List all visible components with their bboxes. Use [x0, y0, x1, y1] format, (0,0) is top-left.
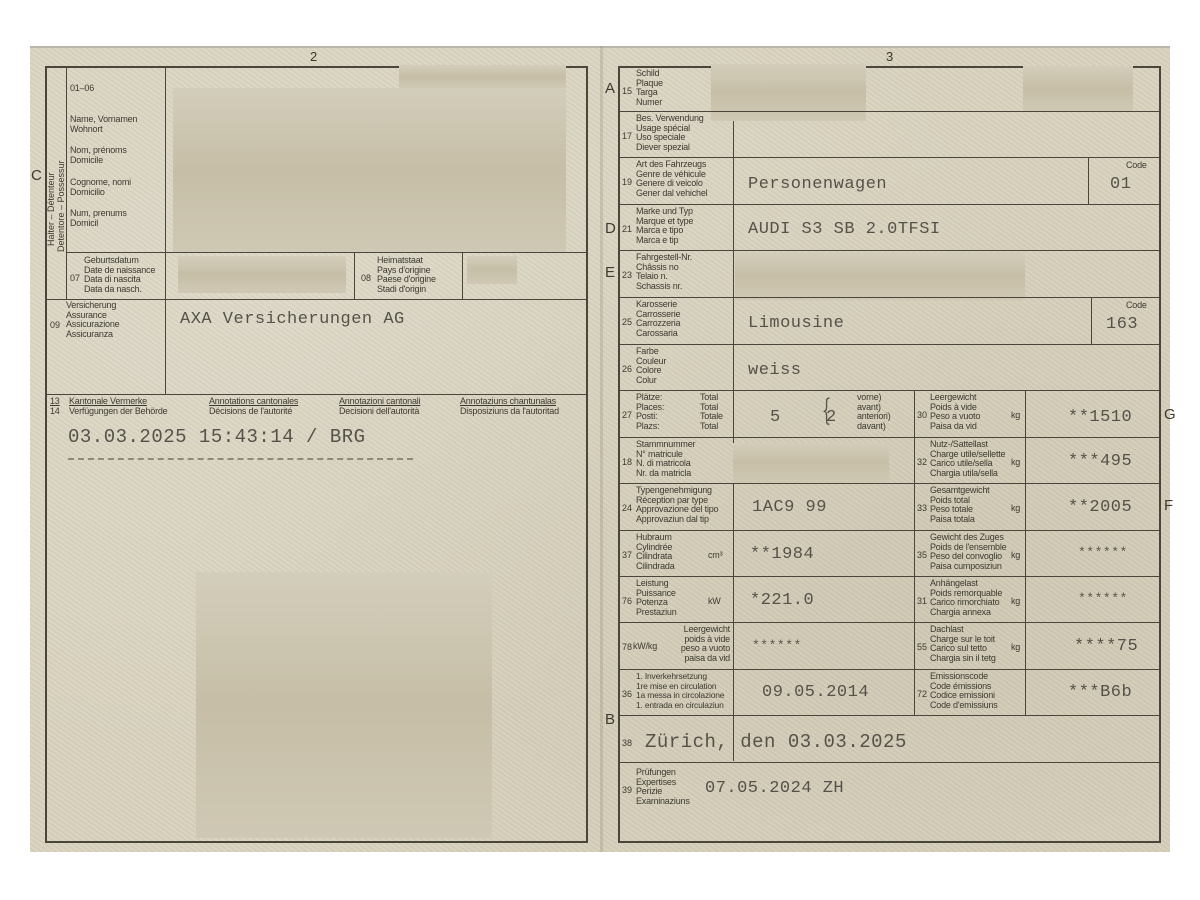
towing-labels: AnhängelastPoids remorquableCarico rimor… [930, 579, 1002, 617]
seats-front-labels: vorne)avant)anteriori)davant) [857, 393, 891, 431]
train-weight-unit: kg [1011, 551, 1020, 561]
plate-redaction-2 [1023, 66, 1133, 111]
payload-value: ***495 [1068, 452, 1132, 471]
table-rule [619, 530, 1160, 531]
plate-num: 15 [622, 86, 632, 96]
color-num: 26 [622, 364, 632, 374]
page-number-right: 3 [886, 49, 893, 64]
power-unit: kW [708, 597, 721, 607]
table-rule [619, 669, 1160, 670]
make-model-labels: Marke und TypMarque et typeMarca e tipoM… [636, 207, 693, 245]
table-rule [46, 299, 587, 300]
table-rule [619, 111, 1160, 112]
total-weight-labels: GesamtgewichtPoids totalPeso totalePaisa… [930, 486, 989, 524]
first-registration-num: 36 [622, 689, 632, 699]
emissions-value: ***B6b [1068, 683, 1132, 702]
birth-field-num: 07 [70, 273, 80, 283]
table-rule [619, 297, 1160, 298]
table-rule [619, 715, 1160, 716]
power-ratio-labels: Leergewichtpoids à videpeso a vuotopaisa… [670, 625, 730, 663]
body-value: Limousine [748, 314, 844, 333]
side-letter-d: D [605, 220, 616, 237]
empty-weight-num: 30 [917, 410, 927, 420]
chassis-redaction [735, 252, 1025, 300]
make-model-value: AUDI S3 SB 2.0TFSI [748, 220, 941, 239]
towing-value: ****** [1078, 591, 1128, 606]
holder-label-de: Name, VornamenWohnort [70, 115, 137, 134]
vehicle-type-num: 19 [622, 177, 632, 187]
holder-sidebar-label-1: Halter – Détenteur [46, 140, 56, 246]
displacement-labels: HubraumCylindréeCilindrataCilindrada [636, 533, 675, 571]
body-labels: KarosserieCarrosserieCarrozzeriaCarossar… [636, 300, 680, 338]
payload-labels: Nutz-/SattellastCharge utile/selletteCar… [930, 440, 1005, 478]
first-registration-labels: 1. Inverkehrsetzung1re mise en circulati… [636, 672, 724, 710]
emissions-num: 72 [917, 689, 927, 699]
special-use-num: 17 [622, 131, 632, 141]
color-value: weiss [748, 361, 802, 380]
displacement-num: 37 [622, 550, 632, 560]
body-code: 163 [1106, 315, 1138, 334]
towing-unit: kg [1011, 597, 1020, 607]
holder-code: 01–06 [70, 84, 94, 94]
table-rule [1025, 390, 1026, 715]
power-labels: LeistungPuissancePotenzaPrestaziun [636, 579, 677, 617]
table-rule [1088, 157, 1089, 204]
empty-weight-labels: LeergewichtPoids à videPeso a vuotoPaisa… [930, 393, 980, 431]
towing-num: 31 [917, 596, 927, 606]
vehicle-type-labels: Art des FahrzeugsGenre de véhiculeGenere… [636, 160, 707, 198]
train-weight-num: 35 [917, 550, 927, 560]
roof-load-unit: kg [1011, 643, 1020, 653]
table-rule [619, 250, 1160, 251]
holder-redaction-top [399, 65, 566, 89]
payload-num: 32 [917, 457, 927, 467]
table-rule [462, 252, 463, 299]
table-rule [733, 111, 734, 761]
displacement-value: **1984 [750, 545, 814, 564]
power-ratio-num: 78 [622, 642, 632, 652]
empty-weight-value: **1510 [1068, 408, 1132, 427]
side-letter-e: E [605, 264, 615, 281]
chassis-labels: Fahrgestell-Nr.Châssis noTelaio n.Schass… [636, 253, 692, 291]
plate-labels: SchildPlaqueTargaNumer [636, 69, 663, 107]
table-rule [619, 622, 1160, 623]
table-rule [619, 390, 1160, 391]
total-weight-unit: kg [1011, 504, 1020, 514]
insurance-value: AXA Versicherungen AG [180, 310, 405, 329]
table-rule [165, 67, 166, 394]
birth-labels: Geburtsdatum Date de naissance Data di n… [84, 256, 155, 294]
annotation-header-fr: Annotations cantonalesDécisions de l'aut… [209, 397, 298, 416]
color-labels: FarbeCouleurColoreColur [636, 347, 666, 385]
seats-total-labels: TotalTotalTotaleTotal [700, 393, 723, 431]
annotation-entry: 03.03.2025 15:43:14 / BRG [68, 426, 366, 448]
train-weight-labels: Gewicht des ZugesPoids de l'ensemblePeso… [930, 533, 1006, 571]
table-rule [66, 67, 67, 299]
table-rule [354, 252, 355, 299]
table-rule [619, 762, 1160, 763]
holder-sidebar-label-2: Detentore – Possessur [56, 132, 66, 252]
seats-num: 27 [622, 410, 632, 420]
side-letter-c: C [31, 167, 42, 184]
side-letter-g: G [1164, 406, 1176, 423]
make-model-num: 21 [622, 224, 632, 234]
table-rule [619, 483, 1160, 484]
inspections-value: 07.05.2024 ZH [705, 779, 844, 798]
table-rule [1091, 297, 1092, 344]
seats-total-value: 5 [770, 408, 781, 427]
origin-redaction [467, 256, 517, 284]
vehicle-type-value: Personenwagen [748, 175, 887, 194]
page-fold [600, 46, 603, 852]
insurance-field-num: 09 [50, 320, 60, 330]
matricule-redaction [733, 443, 889, 483]
inspections-labels: PrüfungenExpertisesPerizieExaminaziuns [636, 768, 690, 806]
birth-date-redaction [178, 256, 346, 293]
body-num: 25 [622, 317, 632, 327]
origin-field-num: 08 [361, 273, 371, 283]
type-approval-num: 24 [622, 503, 632, 513]
roof-load-value: ****75 [1074, 637, 1138, 656]
table-rule [619, 157, 1160, 158]
body-code-label: Code [1126, 301, 1147, 311]
side-letter-b: B [605, 711, 615, 728]
type-approval-labels: TypengenehmigungRéception par typeApprov… [636, 486, 718, 524]
insurance-labels: Versicherung Assurance Assicurazione Ass… [66, 301, 119, 339]
first-registration-value: 09.05.2014 [762, 683, 869, 702]
table-rule [66, 252, 587, 253]
power-num: 76 [622, 596, 632, 606]
payload-unit: kg [1011, 458, 1020, 468]
holder-label-it: Cognome, nomiDomicilio [70, 178, 131, 197]
vehicle-type-code-label: Code [1126, 161, 1147, 171]
chassis-num: 23 [622, 270, 632, 280]
table-rule [619, 576, 1160, 577]
table-rule [619, 437, 1160, 438]
holder-label-fr: Nom, prénomsDomicile [70, 146, 127, 165]
empty-weight-unit: kg [1011, 411, 1020, 421]
type-approval-value: 1AC9 99 [752, 498, 827, 517]
origin-labels: Heimatstaat Pays d'origine Paese d'origi… [377, 256, 436, 294]
page-number-left: 2 [310, 49, 317, 64]
roof-load-num: 55 [917, 642, 927, 652]
emissions-labels: EmissionscodeCode émissionsCodice emissi… [930, 672, 998, 710]
vehicle-type-code: 01 [1110, 175, 1131, 194]
roof-load-labels: DachlastCharge sur le toitCarico sul tet… [930, 625, 996, 663]
annotation-header-de: Kantonale VermerkeVerfügungen der Behörd… [69, 397, 167, 416]
table-rule [619, 344, 1160, 345]
plate-redaction [711, 64, 866, 121]
special-use-labels: Bes. VerwendungUsage spécialUso speciale… [636, 114, 704, 152]
power-ratio-value: ****** [752, 638, 802, 653]
side-letter-a: A [605, 80, 615, 97]
holder-name-redaction [173, 88, 566, 253]
stamp-redaction [196, 572, 492, 838]
displacement-unit: cm³ [708, 551, 722, 561]
power-ratio-unit: kW/kg [633, 642, 657, 652]
annotation-header-it: Annotazioni cantonaliDecisioni dell'auto… [339, 397, 420, 416]
annotations-nums: 1314 [50, 397, 60, 416]
matricule-labels: StammnummerN° matriculeN. di matricolaNr… [636, 440, 695, 478]
table-rule [46, 394, 587, 395]
annotation-header-rm: Annotaziuns chantunalasDisposiziuns da l… [460, 397, 559, 416]
matricule-num: 18 [622, 457, 632, 467]
power-value: *221.0 [750, 591, 814, 610]
annotation-dashed-line [68, 458, 413, 460]
table-rule [619, 204, 1160, 205]
inspections-num: 39 [622, 785, 632, 795]
table-rule [914, 390, 915, 715]
side-letter-f: F [1164, 497, 1173, 514]
place-date-value: Zürich, den 03.03.2025 [645, 731, 907, 753]
holder-label-rm: Num, prenumsDomicil [70, 209, 127, 228]
train-weight-value: ****** [1078, 545, 1128, 560]
total-weight-num: 33 [917, 503, 927, 513]
place-date-num: 38 [622, 738, 632, 748]
seats-labels: Plätze:Places:Posti:Plazs: [636, 393, 664, 431]
seats-front-value: 2 [826, 408, 837, 427]
total-weight-value: **2005 [1068, 498, 1132, 517]
